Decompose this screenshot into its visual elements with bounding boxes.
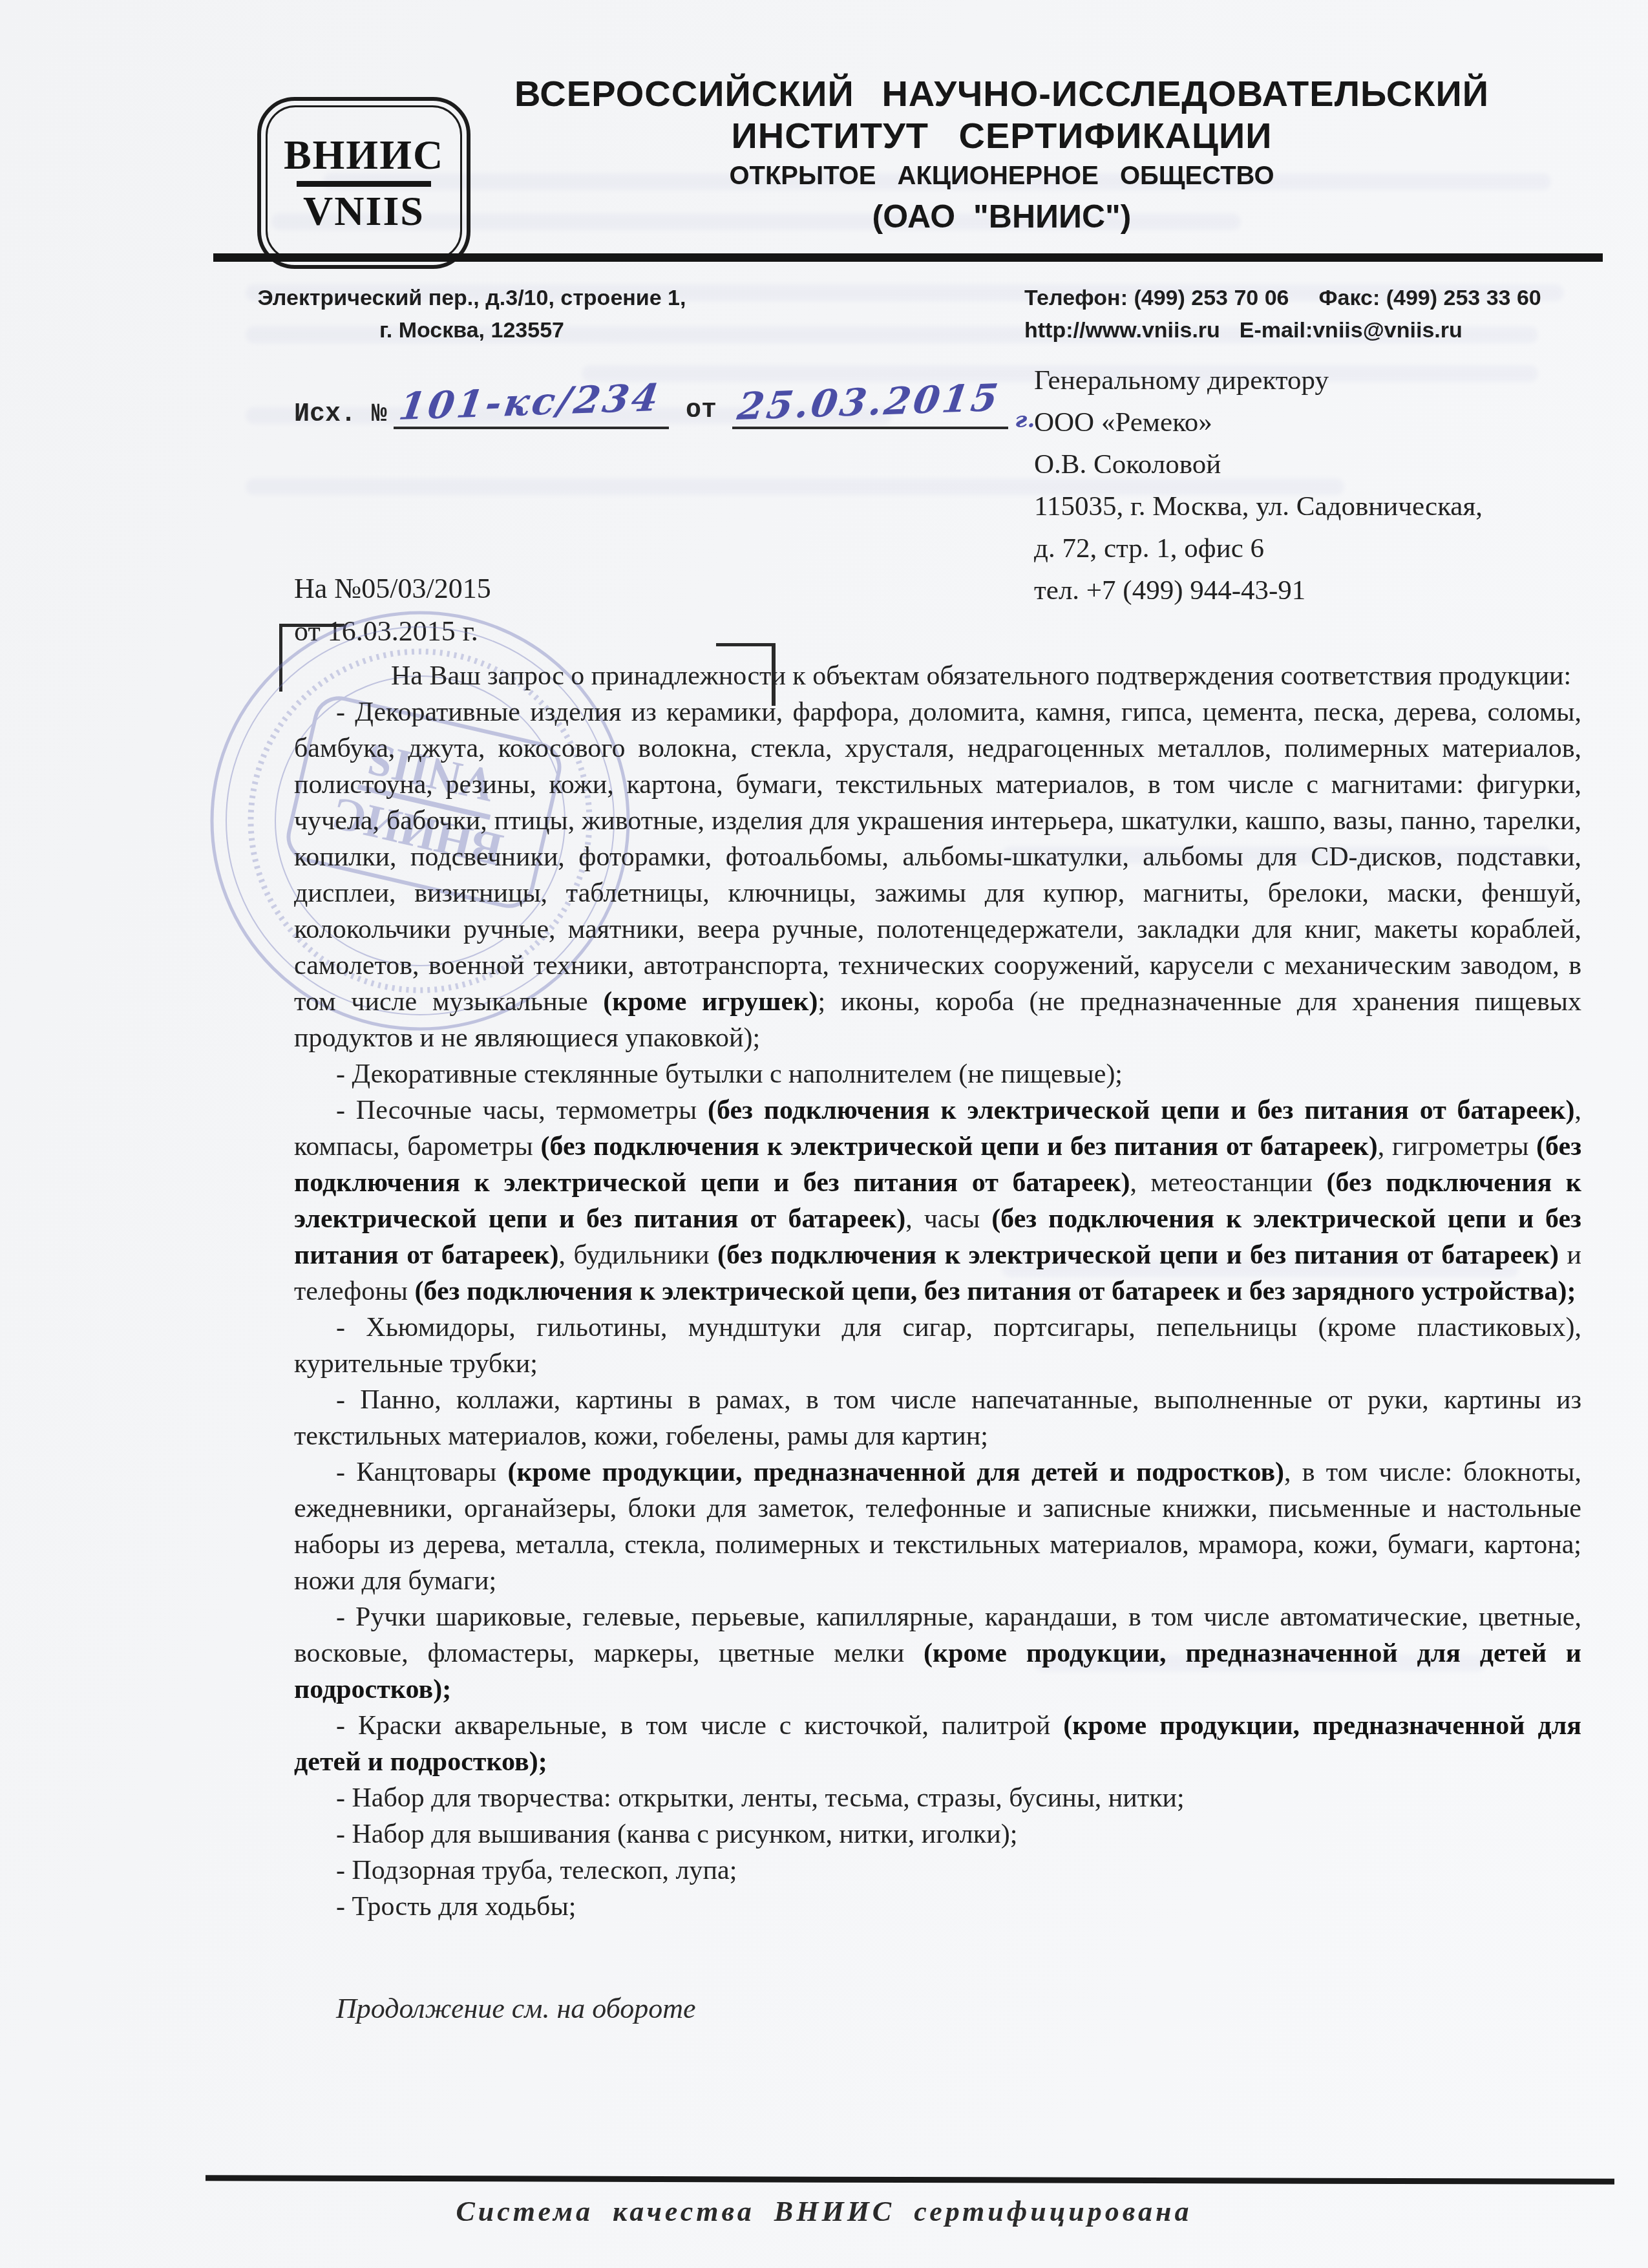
outgoing-number-line: Исх. № 101-кс/234 от 25.03.2015 г. <box>294 380 1035 429</box>
outgoing-date-handwritten: 25.03.2015 <box>735 376 1003 429</box>
body-paragraph: - Хьюмидоры, гильотины, мундштуки для си… <box>294 1309 1581 1382</box>
body-paragraph: - Декоративные стеклянные бутылки с напо… <box>294 1056 1581 1092</box>
org-title-line1: ВСЕРОССИЙСКИЙ НАУЧНО-ИССЛЕДОВАТЕЛЬСКИЙ <box>498 72 1506 115</box>
list-line: тел. +7 (499) 944-43-91 <box>1034 569 1590 611</box>
letterhead-titles: ВСЕРОССИЙСКИЙ НАУЧНО-ИССЛЕДОВАТЕЛЬСКИЙ И… <box>498 72 1506 235</box>
reference-block: На №05/03/2015 от 16.03.2015 г. <box>294 567 491 653</box>
outgoing-date-underline: 25.03.2015 <box>732 380 1008 429</box>
list-line: ООО «Ремеко» <box>1034 401 1590 443</box>
outgoing-number-handwritten: 101-кс/234 <box>396 376 664 429</box>
org-title-line3: ОТКРЫТОЕ АКЦИОНЕРНОЕ ОБЩЕСТВО <box>498 159 1506 193</box>
body-paragraph: - Панно, коллажи, картины в рамах, в том… <box>294 1382 1581 1454</box>
phone-fax-row: Телефон: (499) 253 70 06 Факс: (499) 253… <box>1024 282 1606 314</box>
list-line: Генеральному директору <box>1034 359 1590 401</box>
org-address-block: Электрический пер., д.3/10, строение 1, … <box>226 282 717 346</box>
outgoing-label: Исх. № <box>294 400 387 429</box>
footer-rule <box>206 2175 1614 2185</box>
scanned-letter-page: ВНИИС VNIIS ВСЕРОССИЙСКИЙ НАУЧНО-ИССЛЕДО… <box>0 0 1648 2268</box>
list-line: д. 72, стр. 1, офис 6 <box>1034 527 1590 569</box>
vniis-logo: ВНИИС VNIIS <box>257 97 470 269</box>
org-fax: Факс: (499) 253 33 60 <box>1319 282 1541 314</box>
list-line: 115035, г. Москва, ул. Садовническая, <box>1034 485 1590 527</box>
body-paragraph: - Набор для творчества: открытки, ленты,… <box>294 1780 1581 1816</box>
footer-quality-note: Система качества ВНИИС сертифицирована <box>0 2195 1648 2228</box>
reference-line2: от 16.03.2015 г. <box>294 610 491 653</box>
body-paragraphs: На Ваш запрос о принадлежности к объекта… <box>294 658 1581 1925</box>
org-phone: Телефон: (499) 253 70 06 <box>1024 282 1289 314</box>
recipient-block: Генеральному директоруООО «Ремеко»О.В. С… <box>1034 359 1590 611</box>
body-paragraph: - Краски акварельные, в том числе с кист… <box>294 1708 1581 1780</box>
org-contact-block: Телефон: (499) 253 70 06 Факс: (499) 253… <box>1024 282 1606 346</box>
web-email-row: http://www.vniis.ru E-mail:vniis@vniis.r… <box>1024 314 1606 346</box>
logo-divider <box>297 181 431 187</box>
body-paragraph: - Ручки шариковые, гелевые, перьевые, ка… <box>294 1599 1581 1708</box>
org-address-line2: г. Москва, 123557 <box>226 314 717 346</box>
org-address-line1: Электрический пер., д.3/10, строение 1, <box>226 282 717 314</box>
body-paragraph: - Подзорная труба, телескоп, лупа; <box>294 1852 1581 1889</box>
body-paragraph: - Канцтовары (кроме продукции, предназна… <box>294 1454 1581 1599</box>
outgoing-number-underline: 101-кс/234 <box>394 380 669 429</box>
letter-body: На Ваш запрос о принадлежности к объекта… <box>294 658 1581 2027</box>
body-paragraph: - Песочные часы, термометры (без подключ… <box>294 1092 1581 1309</box>
header-divider-rule <box>213 253 1603 262</box>
logo-text-en: VNIIS <box>303 191 425 232</box>
list-line: О.В. Соколовой <box>1034 443 1590 485</box>
body-paragraph: - Декоративные изделия из керамики, фарф… <box>294 694 1581 1056</box>
outgoing-ot-label: от <box>686 396 717 425</box>
org-email: E-mail:vniis@vniis.ru <box>1240 314 1463 346</box>
body-paragraph: - Трость для ходьбы; <box>294 1889 1581 1925</box>
org-title-line4: (ОАО "ВНИИС") <box>498 198 1506 235</box>
body-paragraph: На Ваш запрос о принадлежности к объекта… <box>294 658 1581 694</box>
org-website: http://www.vniis.ru <box>1024 314 1220 346</box>
logo-text-ru: ВНИИС <box>284 134 444 176</box>
org-title-line2: ИНСТИТУТ СЕРТИФИКАЦИИ <box>498 115 1506 156</box>
body-paragraph: - Набор для вышивания (канва с рисунком,… <box>294 1816 1581 1852</box>
continuation-note: Продолжение см. на обороте <box>336 1991 1581 2027</box>
reference-line1: На №05/03/2015 <box>294 567 491 610</box>
outgoing-date-suffix: г. <box>1015 407 1035 433</box>
